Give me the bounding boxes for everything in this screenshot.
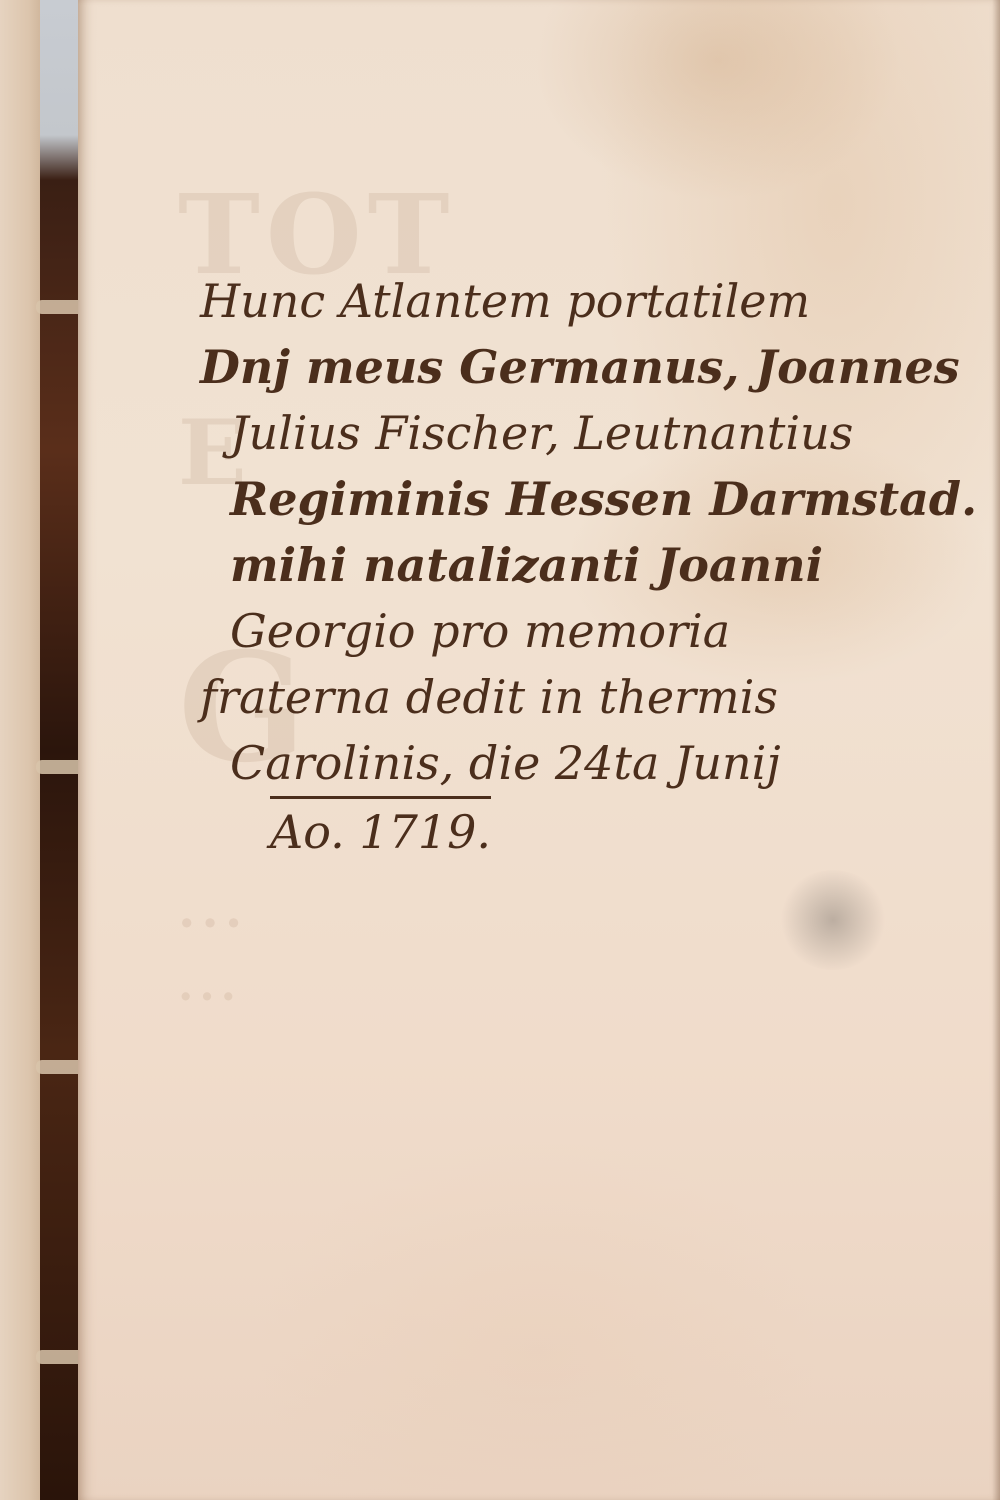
inscription-line-5: mihi natalizanti Joanni [200,532,990,598]
inscription-line-2: Dnj meus Germanus, Joannes [200,334,990,400]
ink-smudge [778,870,888,970]
inscription-line-6: Georgio pro memoria [200,598,990,664]
inscription-line-3: Julius Fischer, Leutnantius [200,400,990,466]
inscription-date-line: Ao. 1719. [200,796,990,865]
page-edge [992,0,1000,1500]
inscription-line-7: fraterna dedit in thermis [200,664,990,730]
inscription-line-1: Hunc Atlantem portatilem [200,268,990,334]
handwritten-inscription: Hunc Atlantem portatilem Dnj meus German… [200,268,990,865]
inscription-line-4: Regiminis Hessen Darmstad. [200,466,990,532]
book-gutter [40,0,80,1500]
book-photo: TOT E G ... ... Hunc Atlantem portatilem… [0,0,1000,1500]
showthrough-print: ... [178,880,248,939]
showthrough-print: ... [178,960,242,1011]
inscription-year: Ao. 1719. [270,796,491,865]
inscription-line-8: Carolinis, die 24ta Junij [200,730,990,796]
